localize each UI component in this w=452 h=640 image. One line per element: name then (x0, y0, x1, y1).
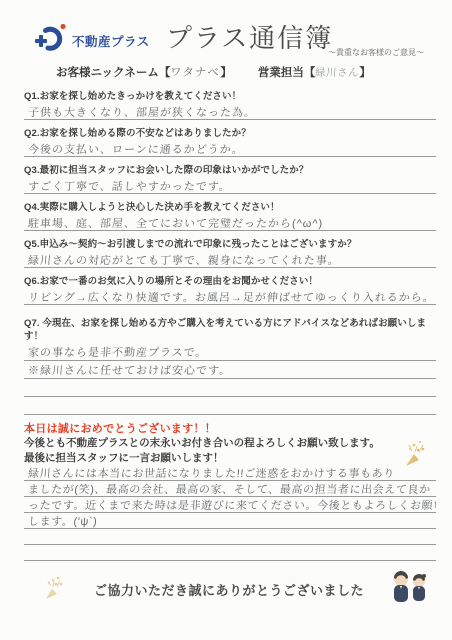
congrats-line-2: 最後に担当スタッフに一言お願いします！ (24, 451, 436, 466)
handwritten-answer: リビング→広くなり快適です。お風呂→足が伸ばせてゆっくり入れるから。 (24, 288, 436, 305)
handwritten-message: ましたが(笑)、最高の会社、最高の家、そして、最高の担当者に出会えて良か (24, 481, 436, 497)
party-popper-icon (400, 436, 430, 475)
congrats-line-1: 今後とも不動産プラスとの末永いお付き合いの程よろしくお願い致します。 (24, 436, 436, 451)
bouquet-icon (40, 572, 68, 607)
question-label: Q1.お家を探し始めたきっかけを教えてください！ (24, 90, 436, 103)
nickname-value: ワタナベ (170, 64, 221, 80)
nickname-bracket-close: 】 (220, 67, 232, 79)
congrats-headline: 本日は誠におめでとうございます！！ (24, 422, 436, 436)
handwritten-answer: ※緑川さんに任せておけば安心です。 (24, 361, 436, 379)
congrats-section: 本日は誠におめでとうございます！！ 今後とも不動産プラスとの末永いお付き合いの程… (24, 422, 436, 561)
customer-info-row: お客様ニックネーム【ワタナベ】営業担当【緑川さん】 (56, 64, 371, 80)
handwritten-answer: 駐車場、庭、部屋、全てにおいて完璧だったから(^ω^) (24, 214, 436, 231)
handwritten-message: 緑川さんには本当にお世話になりました!!ご迷惑をおかけする事もあり (24, 465, 436, 481)
handwritten-answer: 今後の支払い、ローンに通るかどうか。 (24, 140, 436, 157)
question-block-6: Q6.お家で一番のお気に入りの場所とその理由をお聞かせください！ リビング→広く… (24, 275, 436, 305)
question-block-5: Q5.申込み～契約～お引渡しまでの流れで印象に残ったことはございますか？ 緑川さ… (24, 238, 436, 268)
handwritten-message-empty (24, 545, 436, 561)
staff-bracket-close: 】 (359, 67, 371, 79)
staff-value: 緑川さん (315, 65, 360, 80)
page-title: プラス通信簿 (166, 18, 333, 55)
staff-label: 営業担当【 (258, 67, 316, 79)
thanks-text: ご協力いただき誠にありがとうございました (82, 580, 376, 599)
question-label: Q7. 今現在、お家を探し始める方やご購入を考えている方にアドバイスなどあればお… (24, 317, 436, 343)
handwritten-answer: 緑川さんの対応がとても丁寧で、親身になってくれた事。 (24, 251, 436, 268)
handwritten-message-empty (24, 529, 436, 545)
bowing-couple-icon (390, 570, 430, 609)
questionnaire-page: 不動産プラス プラス通信簿 ～貴重なお客様のご意見～ お客様ニックネーム【ワタナ… (0, 0, 452, 640)
handwritten-message: ったです。近くまで来た時は是非遊びに来てください。今後ともよろしくお願い (24, 497, 436, 513)
page-subtitle: ～貴重なお客様のご意見～ (328, 47, 424, 58)
question-label: Q5.申込み～契約～お引渡しまでの流れで印象に残ったことはございますか？ (24, 238, 436, 251)
handwritten-answer: すごく丁寧で、話しやすかったです。 (24, 177, 436, 194)
handwritten-answer: 家の事なら是非不動産プラスで。 (24, 343, 436, 361)
question-block-1: Q1.お家を探し始めたきっかけを教えてください！ 子供も大きくなり、部屋が狭くな… (24, 90, 436, 120)
handwritten-answer-empty (24, 397, 436, 415)
company-logo: 不動産プラス (34, 22, 150, 59)
question-block-3: Q3.最初に担当スタッフにお会いした際の印象はいかがでしたか？ すごく丁寧で、話… (24, 164, 436, 194)
handwritten-answer-empty (24, 379, 436, 397)
handwritten-answer: 子供も大きくなり、部屋が狭くなった為。 (24, 103, 436, 120)
logo-company-name: 不動産プラス (72, 32, 150, 50)
question-block-7: Q7. 今現在、お家を探し始める方やご購入を考えている方にアドバイスなどあればお… (24, 317, 436, 415)
header: 不動産プラス プラス通信簿 ～貴重なお客様のご意見～ お客様ニックネーム【ワタナ… (24, 20, 436, 90)
plus-p-logo-icon (34, 22, 68, 59)
question-label: Q2.お家を探し始める際の不安などはありましたか？ (24, 127, 436, 140)
question-label: Q6.お家で一番のお気に入りの場所とその理由をお聞かせください！ (24, 275, 436, 288)
question-label: Q3.最初に担当スタッフにお会いした際の印象はいかがでしたか？ (24, 164, 436, 177)
question-block-2: Q2.お家を探し始める際の不安などはありましたか？ 今後の支払い、ローンに通るか… (24, 127, 436, 157)
question-block-4: Q4.実際に購入しようと決心した決め手を教えてください！ 駐車場、庭、部屋、全て… (24, 201, 436, 231)
question-label: Q4.実際に購入しようと決心した決め手を教えてください！ (24, 201, 436, 214)
nickname-label: お客様ニックネーム【 (56, 67, 170, 79)
footer: ご協力いただき誠にありがとうございました (24, 570, 436, 609)
handwritten-message: します。('ψ`) (24, 513, 436, 529)
